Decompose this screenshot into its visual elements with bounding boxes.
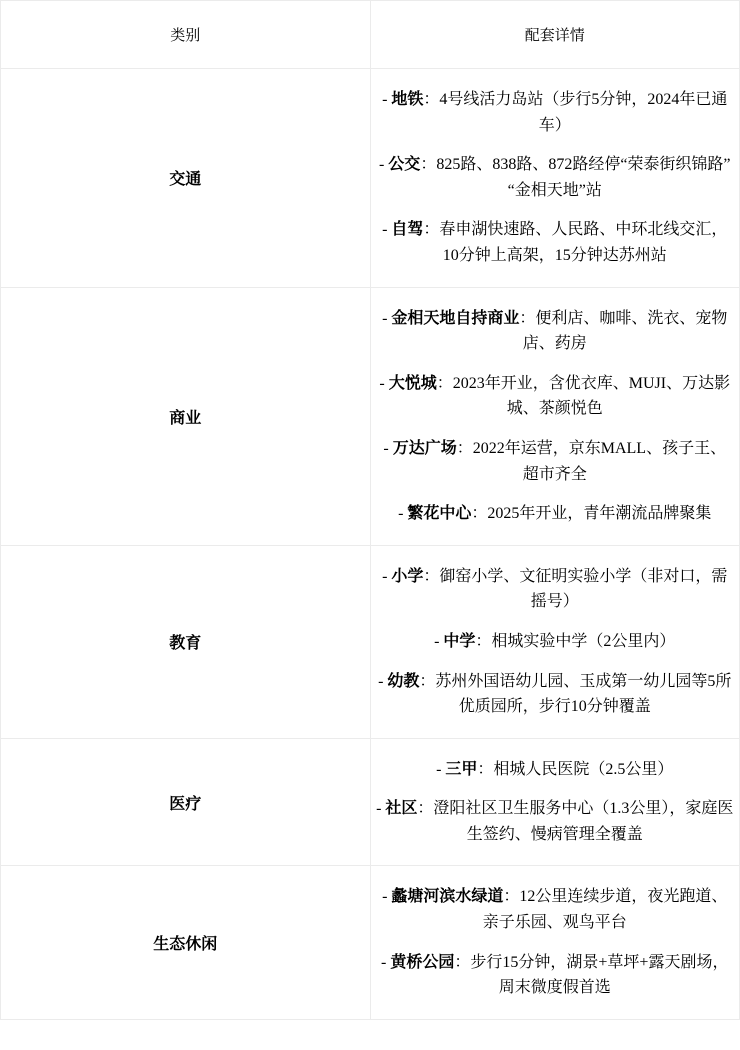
bullet: - <box>378 673 387 690</box>
item-text: ：2022年运营，京东MALL、孩子王、超市齐全 <box>457 440 726 483</box>
detail-item: - 幼教：苏州外国语幼儿园、玉成第一幼儿园等5所优质园所，步行10分钟覆盖 <box>376 669 735 720</box>
bullet: - <box>436 761 445 778</box>
detail-item: - 三甲：相城人民医院（2.5公里） <box>376 757 735 783</box>
detail-item: - 金相天地自持商业：便利店、咖啡、洗衣、宠物店、药房 <box>376 306 735 357</box>
category-medical: 医疗 <box>1 738 371 866</box>
item-label: 地铁 <box>391 91 423 108</box>
bullet: - <box>382 310 391 327</box>
table-row-medical: 医疗 - 三甲：相城人民医院（2.5公里） - 社区：澄阳社区卫生服务中心（1.… <box>1 738 740 866</box>
item-text: ：825路、838路、872路经停“荣泰街织锦路”“金相天地”站 <box>420 156 730 199</box>
item-label: 中学 <box>443 633 475 650</box>
item-text: ：2023年开业，含优衣库、MUJI、万达影城、茶颜悦色 <box>437 375 730 418</box>
table-row-education: 教育 - 小学：御窑小学、文征明实验小学（非对口，需摇号） - 中学：相城实验中… <box>1 545 740 738</box>
bullet: - <box>379 375 388 392</box>
detail-item: - 蠡塘河滨水绿道：12公里连续步道，夜光跑道、亲子乐园、观鸟平台 <box>376 884 735 935</box>
page: 类别 配套详情 交通 - 地铁：4号线活力岛站（步行5分钟，2024年已通车） … <box>0 0 740 1050</box>
item-label: 金相天地自持商业 <box>391 310 519 327</box>
category-leisure: 生态休闲 <box>1 866 371 1019</box>
item-label: 蠡塘河滨水绿道 <box>391 888 503 905</box>
item-label: 三甲 <box>445 761 477 778</box>
bullet: - <box>381 954 390 971</box>
details-medical: - 三甲：相城人民医院（2.5公里） - 社区：澄阳社区卫生服务中心（1.3公里… <box>370 738 740 866</box>
header-row: 类别 配套详情 <box>1 1 740 69</box>
detail-item: - 万达广场：2022年运营，京东MALL、孩子王、超市齐全 <box>376 436 735 487</box>
detail-item: - 黄桥公园：步行15分钟，湖景+草坪+露天剧场，周末微度假首选 <box>376 950 735 1001</box>
detail-item: - 地铁：4号线活力岛站（步行5分钟，2024年已通车） <box>376 87 735 138</box>
detail-item: - 大悦城：2023年开业，含优衣库、MUJI、万达影城、茶颜悦色 <box>376 371 735 422</box>
amenities-table: 类别 配套详情 交通 - 地铁：4号线活力岛站（步行5分钟，2024年已通车） … <box>0 0 740 1020</box>
column-header-category: 类别 <box>1 1 371 69</box>
bullet: - <box>382 568 391 585</box>
item-label: 公交 <box>388 156 420 173</box>
item-label: 小学 <box>391 568 423 585</box>
table-row-leisure: 生态休闲 - 蠡塘河滨水绿道：12公里连续步道，夜光跑道、亲子乐园、观鸟平台 -… <box>1 866 740 1019</box>
table-row-transport: 交通 - 地铁：4号线活力岛站（步行5分钟，2024年已通车） - 公交：825… <box>1 69 740 288</box>
bullet: - <box>434 633 443 650</box>
item-label: 黄桥公园 <box>390 954 454 971</box>
detail-item: - 自驾：春申湖快速路、人民路、中环北线交汇，10分钟上高架，15分钟达苏州站 <box>376 217 735 268</box>
bullet: - <box>382 221 391 238</box>
item-label: 自驾 <box>391 221 423 238</box>
item-label: 繁花中心 <box>407 505 471 522</box>
item-text: ：澄阳社区卫生服务中心（1.3公里），家庭医生签约、慢病管理全覆盖 <box>417 800 733 843</box>
item-label: 万达广场 <box>393 440 457 457</box>
category-education: 教育 <box>1 545 371 738</box>
column-header-details: 配套详情 <box>370 1 740 69</box>
item-text: ：相城人民医院（2.5公里） <box>477 761 673 778</box>
item-text: ：相城实验中学（2公里内） <box>475 633 675 650</box>
category-transport: 交通 <box>1 69 371 288</box>
item-text: ：苏州外国语幼儿园、玉成第一幼儿园等5所优质园所，步行10分钟覆盖 <box>419 673 731 716</box>
bullet: - <box>379 156 388 173</box>
item-label: 社区 <box>385 800 417 817</box>
item-text: ：御窑小学、文征明实验小学（非对口，需摇号） <box>423 568 727 611</box>
item-text: ：2025年开业，青年潮流品牌聚集 <box>471 505 711 522</box>
item-text: ：4号线活力岛站（步行5分钟，2024年已通车） <box>423 91 727 134</box>
details-transport: - 地铁：4号线活力岛站（步行5分钟，2024年已通车） - 公交：825路、8… <box>370 69 740 288</box>
detail-item: - 社区：澄阳社区卫生服务中心（1.3公里），家庭医生签约、慢病管理全覆盖 <box>376 796 735 847</box>
bullet: - <box>398 505 407 522</box>
table-row-commerce: 商业 - 金相天地自持商业：便利店、咖啡、洗衣、宠物店、药房 - 大悦城：202… <box>1 287 740 545</box>
item-label: 幼教 <box>387 673 419 690</box>
item-text: ：12公里连续步道，夜光跑道、亲子乐园、观鸟平台 <box>483 888 728 931</box>
detail-item: - 公交：825路、838路、872路经停“荣泰街织锦路”“金相天地”站 <box>376 152 735 203</box>
item-label: 大悦城 <box>389 375 437 392</box>
details-leisure: - 蠡塘河滨水绿道：12公里连续步道，夜光跑道、亲子乐园、观鸟平台 - 黄桥公园… <box>370 866 740 1019</box>
details-education: - 小学：御窑小学、文征明实验小学（非对口，需摇号） - 中学：相城实验中学（2… <box>370 545 740 738</box>
detail-item: - 中学：相城实验中学（2公里内） <box>376 629 735 655</box>
item-text: ：步行15分钟，湖景+草坪+露天剧场，周末微度假首选 <box>454 954 728 997</box>
details-commerce: - 金相天地自持商业：便利店、咖啡、洗衣、宠物店、药房 - 大悦城：2023年开… <box>370 287 740 545</box>
item-text: ：便利店、咖啡、洗衣、宠物店、药房 <box>519 310 727 353</box>
bullet: - <box>383 440 392 457</box>
item-text: ：春申湖快速路、人民路、中环北线交汇，10分钟上高架，15分钟达苏州站 <box>423 221 727 264</box>
bullet: - <box>376 800 385 817</box>
bullet: - <box>382 91 391 108</box>
detail-item: - 小学：御窑小学、文征明实验小学（非对口，需摇号） <box>376 564 735 615</box>
detail-item: - 繁花中心：2025年开业，青年潮流品牌聚集 <box>376 501 735 527</box>
bullet: - <box>382 888 391 905</box>
category-commerce: 商业 <box>1 287 371 545</box>
